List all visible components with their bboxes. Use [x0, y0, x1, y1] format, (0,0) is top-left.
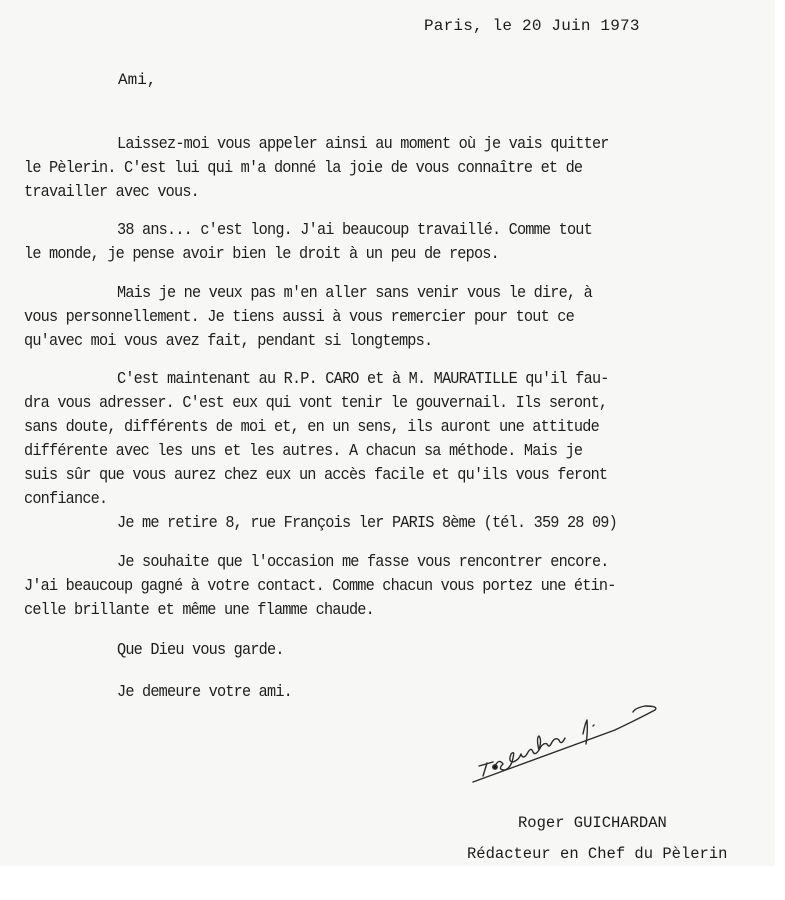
paragraph-4-line-6: confiance.: [24, 488, 107, 510]
paragraph-4-line-4: différente avec les uns et les autres. A…: [24, 440, 582, 462]
paragraph-4-line-3: sans doute, différents de moi et, en un …: [24, 416, 599, 438]
closing-line: Je demeure votre ami.: [117, 681, 292, 703]
closing-blessing: Que Dieu vous garde.: [117, 639, 284, 661]
paragraph-6-line-1: Je souhaite que l'occasion me fasse vous…: [117, 551, 609, 573]
handwritten-signature: [465, 700, 665, 790]
paragraph-3-line-1: Mais je ne veux pas m'en aller sans veni…: [117, 282, 592, 304]
paragraph-6-line-3: celle brillante et même une flamme chaud…: [24, 599, 374, 621]
signature-name: Roger GUICHARDAN: [518, 814, 667, 832]
paragraph-6-line-2: J'ai beaucoup gagné à votre contact. Com…: [24, 575, 616, 597]
paragraph-4-line-1: C'est maintenant au R.P. CARO et à M. MA…: [117, 368, 609, 390]
paragraph-2-line-2: le monde, je pense avoir bien le droit à…: [24, 243, 499, 265]
paragraph-1-line-3: travailler avec vous.: [24, 181, 199, 203]
paragraph-2-line-1: 38 ans... c'est long. J'ai beaucoup trav…: [117, 219, 592, 241]
paragraph-4-line-2: dra vous adresser. C'est eux qui vont te…: [24, 392, 607, 414]
letter-page: Paris, le 20 Juin 1973 Ami, Laissez-moi …: [0, 0, 775, 866]
paragraph-1-line-2: le Pèlerin. C'est lui qui m'a donné la j…: [24, 157, 582, 179]
paragraph-5-line-1: Je me retire 8, rue François ler PARIS 8…: [117, 512, 617, 534]
salutation: Ami,: [118, 71, 156, 89]
paragraph-4-line-5: suis sûr que vous aurez chez eux un accè…: [24, 464, 607, 486]
paragraph-3-line-2: vous personnellement. Je tiens aussi à v…: [24, 306, 574, 328]
letter-date: Paris, le 20 Juin 1973: [424, 17, 640, 35]
signature-title: Rédacteur en Chef du Pèlerin: [467, 845, 727, 863]
paragraph-1-line-1: Laissez-moi vous appeler ainsi au moment…: [117, 133, 609, 155]
paragraph-3-line-3: qu'avec moi vous avez fait, pendant si l…: [24, 330, 432, 352]
